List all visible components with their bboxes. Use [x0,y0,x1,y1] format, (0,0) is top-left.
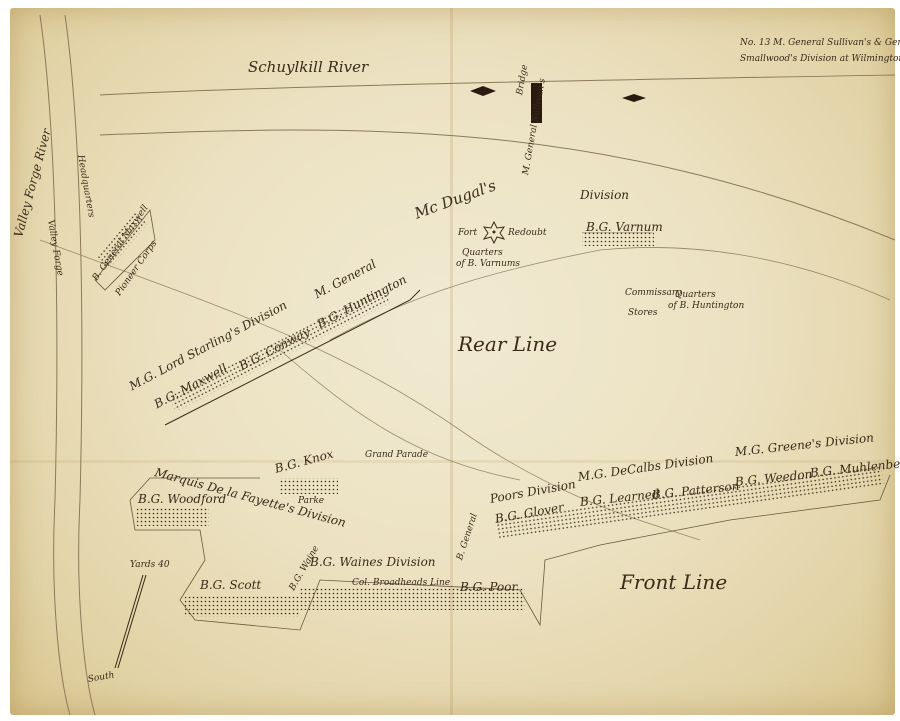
park-label: Parke [298,496,324,506]
front-line-label: Front Line [620,570,727,594]
scale-top-label: Yards 40 [130,560,170,570]
fort-label: Fort [458,228,477,238]
poor-brigade-label: B.G. Poor [460,580,517,594]
rear-line-label: Rear Line [458,332,557,356]
varnum-brigade-block [582,232,654,246]
mcdougal-division-label: Division [580,188,629,202]
river-label: Schuylkill River [248,58,368,76]
grand-parade-label: Grand Parade [365,450,428,460]
wayne-division-label: B.G. Waines Division [310,555,436,569]
commissary-line2: Stores [628,308,657,318]
varnum-brigade-label: B.G. Varnum [586,220,663,234]
scott-brigade-label: B.G. Scott [200,578,261,592]
varnum-quarters-line1: Quarters [462,248,503,258]
broadhead-line-label: Col. Broadheads Line [352,578,450,588]
map-drawing [0,0,900,721]
woodford-brigade-label: B.G. Woodford [138,492,226,506]
redoubt-label: Redoubt [508,228,546,238]
huntington-quarters-line2: of B. Huntington [668,301,744,311]
title-block-line1: No. 13 M. General Sullivan's & General [740,38,900,48]
commissary-line1: Commissary [625,288,681,298]
title-block-line2: Smallwood's Division at Wilmington [740,54,900,64]
varnum-quarters-line2: of B. Varnums [456,259,520,269]
